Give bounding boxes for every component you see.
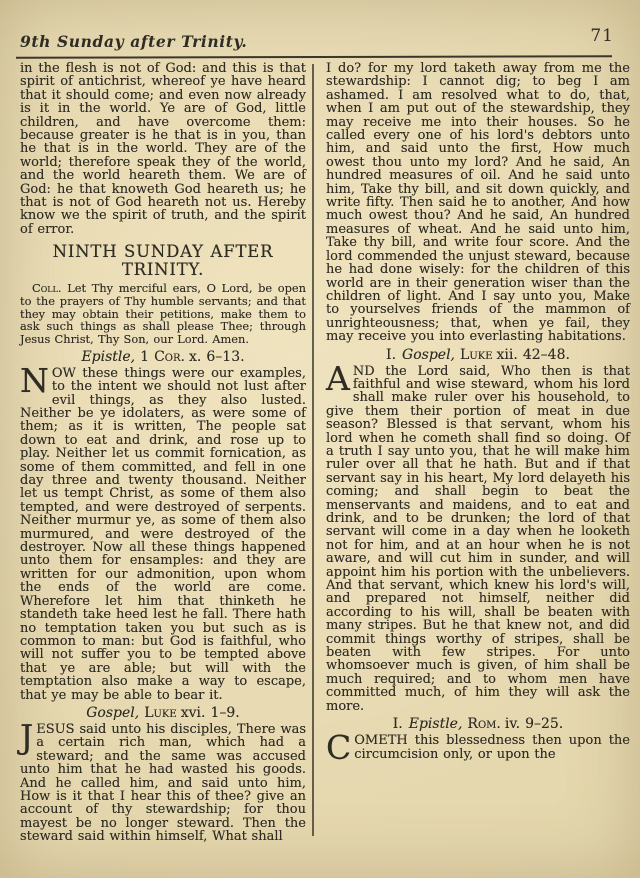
gospel-citation: I.Gospel,Lukexii. 42–48. — [326, 347, 630, 363]
epistle-paragraph: COMETH this blessedness then upon the ci… — [326, 734, 630, 761]
paragraph-text: OW these things were our examples, to th… — [20, 366, 306, 703]
citation-book: Luke — [460, 347, 493, 363]
paragraph-text: ND the Lord said, Who then is that faith… — [326, 364, 630, 714]
continuation-paragraph: I do? for my lord taketh away from me th… — [326, 62, 630, 344]
book-page-scan: 9th Sunday after Trinity. 71 in the fles… — [0, 0, 640, 878]
text-columns: in the flesh is not of God: and this is … — [20, 62, 630, 846]
drop-cap: J — [20, 723, 36, 750]
collect-text: Let Thy merciful ears, O Lord, be open t… — [20, 281, 306, 346]
section-heading: NINTH SUNDAY AFTER TRINITY. — [20, 243, 306, 279]
paragraph-text: ESUS said unto his disciples, There was … — [20, 722, 306, 844]
running-header: 9th Sunday after Trinity. — [20, 32, 247, 51]
citation-prefix: I. — [393, 716, 403, 732]
gospel-citation: Gospel,Lukexvi. 1–9. — [20, 705, 306, 721]
paragraph-text: OMETH this blessedness then upon the cir… — [354, 733, 630, 761]
drop-cap: C — [326, 734, 354, 761]
citation-prefix: I. — [386, 347, 396, 363]
citation-type: Gospel, — [402, 347, 455, 363]
citation-book: Rom. — [467, 716, 500, 732]
epistle-citation: I.Epistle,Rom.iv. 9–25. — [326, 716, 630, 732]
header-rule — [16, 55, 612, 59]
citation-passage: xii. 42–48. — [497, 347, 570, 363]
gospel-paragraph: AND the Lord said, Who then is that fait… — [326, 365, 630, 714]
drop-cap: A — [326, 365, 353, 392]
citation-passage: xvi. 1–9. — [181, 705, 240, 721]
citation-type: Epistle, — [81, 349, 135, 365]
left-column: in the flesh is not of God: and this is … — [20, 62, 306, 846]
drop-cap: N — [20, 367, 52, 394]
citation-type: Epistle, — [409, 716, 463, 732]
continuation-paragraph: in the flesh is not of God: and this is … — [20, 62, 306, 236]
epistle-paragraph: NOW these things were our examples, to t… — [20, 367, 306, 702]
citation-passage: x. 6–13. — [189, 349, 245, 365]
epistle-citation: Epistle,1 Cor.x. 6–13. — [20, 349, 306, 365]
citation-passage: iv. 9–25. — [505, 716, 563, 732]
right-column: I do? for my lord taketh away from me th… — [326, 62, 630, 846]
citation-book: 1 Cor. — [140, 349, 185, 365]
gospel-paragraph: JESUS said unto his disciples, There was… — [20, 723, 306, 844]
collect-paragraph: Coll. Let Thy merciful ears, O Lord, be … — [20, 282, 306, 346]
citation-type: Gospel, — [86, 705, 139, 721]
citation-book: Luke — [144, 705, 177, 721]
page-number: 71 — [590, 26, 614, 46]
